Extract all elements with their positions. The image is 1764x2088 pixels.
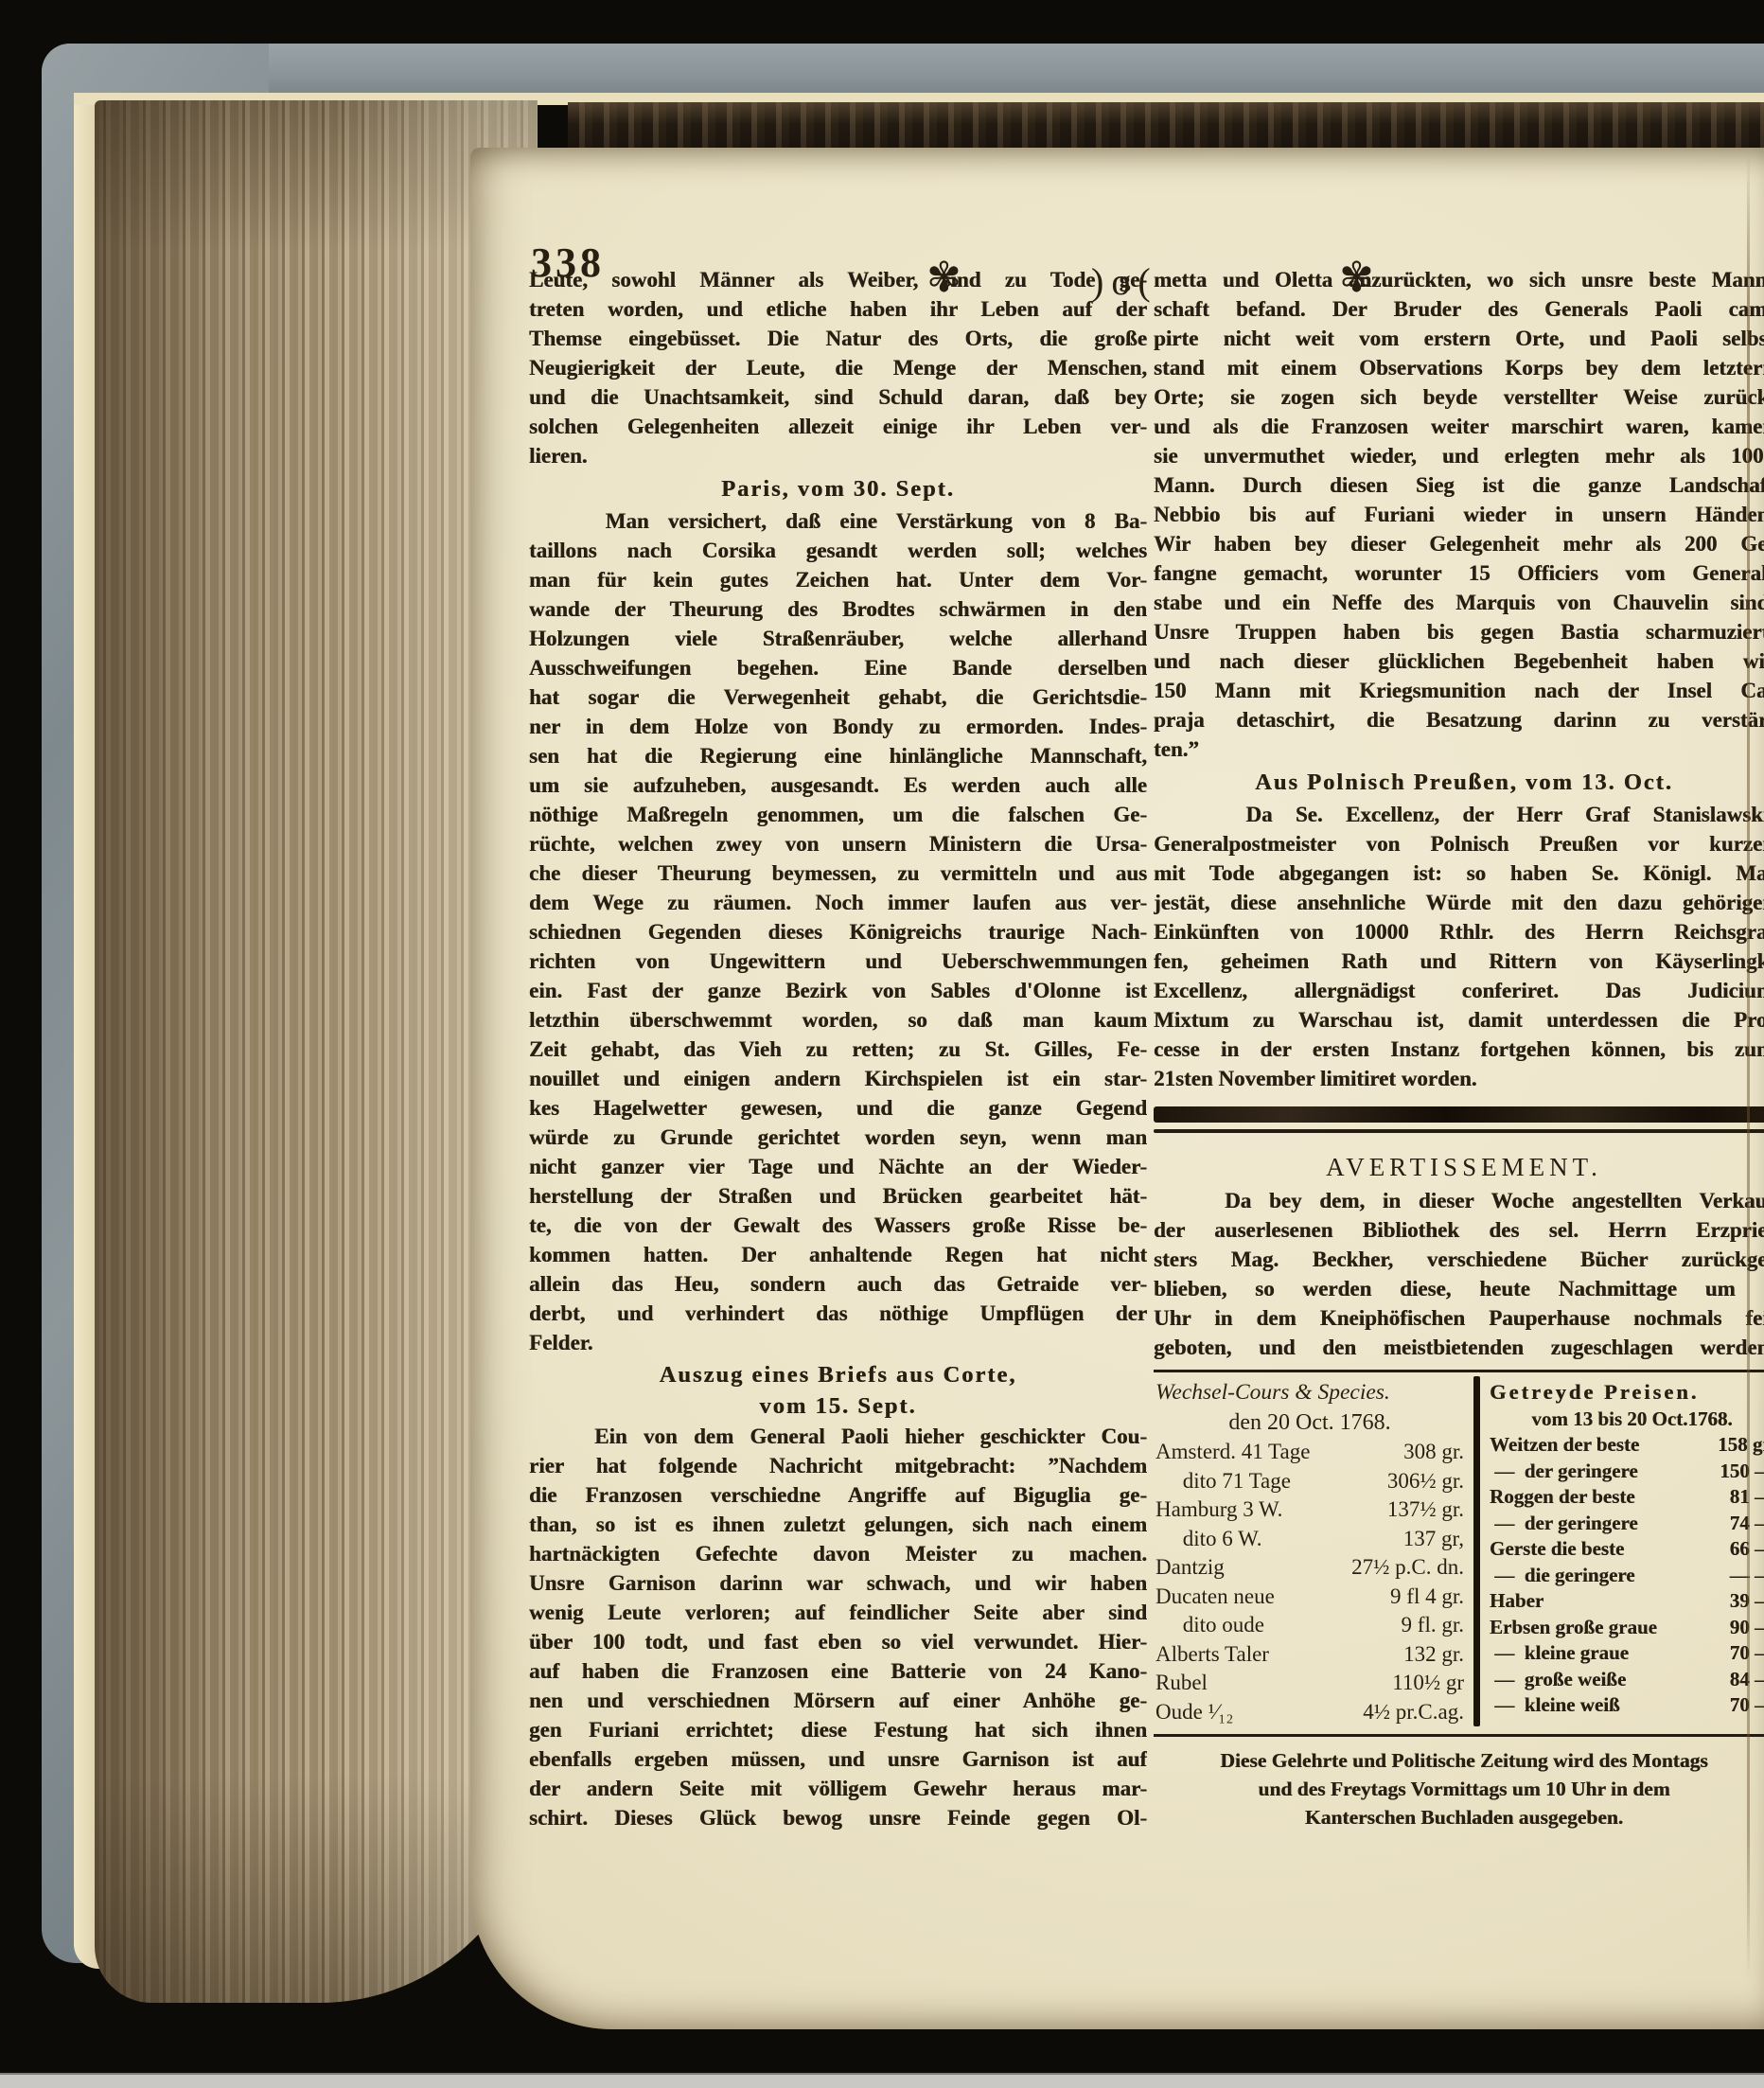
row-label: dito oude (1155, 1611, 1264, 1640)
row-value: 4½ pr.C.ag. (1357, 1698, 1464, 1727)
row-value: 74 — (1724, 1511, 1764, 1537)
text-line: rier hat folgende Nachricht mitgebracht:… (529, 1451, 1147, 1480)
text-line: um sie aufzuheben, ausgesandt. Es werden… (529, 770, 1147, 800)
text-line: stand mit einem Observations Korps bey d… (1154, 353, 1764, 382)
table-row: Roggen der beste81 — (1490, 1484, 1764, 1511)
table-row: — große weiße84 — (1490, 1667, 1764, 1693)
table-row: — kleine graue70 — (1490, 1640, 1764, 1667)
exchange-table-title: Wechsel-Cours & Species. (1155, 1378, 1464, 1407)
row-value: 70 — (1724, 1692, 1764, 1719)
text-line: man für kein gutes Zeichen hat. Unter de… (529, 565, 1147, 594)
text-line: Felder. (529, 1328, 1147, 1357)
table-row: Alberts Taler132 gr. (1155, 1640, 1464, 1670)
row-value: 90 — (1724, 1615, 1764, 1641)
text-line: stabe und ein Neffe des Marquis von Chau… (1154, 588, 1764, 617)
text-line: wenig Leute verloren; auf feindlicher Se… (529, 1598, 1147, 1627)
text-line: Ausschweifungen begehen. Eine Bande ders… (529, 653, 1147, 682)
text-line: ebenfalls ergeben müssen, und unsre Garn… (529, 1744, 1147, 1774)
row-label: dito 6 W. (1155, 1525, 1261, 1554)
text-line: schaft befand. Der Bruder des Generals P… (1154, 294, 1764, 324)
right-column: metta und Oletta anzurückten, wo sich un… (1154, 265, 1764, 1831)
table-column-divider (1473, 1376, 1480, 1726)
table-row: — kleine weiß70 — (1490, 1692, 1764, 1719)
section-heading-paris: Paris, vom 30. Sept. (529, 472, 1147, 506)
text-line: sters Mag. Beckher, verschiedene Bücher … (1154, 1245, 1764, 1274)
row-value: 9 fl. gr. (1396, 1611, 1464, 1640)
row-label: Weitzen der beste (1490, 1432, 1639, 1459)
section-heading-corte-line2: vom 15. Sept. (529, 1390, 1147, 1422)
text-line: than, so ist es ihnen zuletzt gelungen, … (529, 1510, 1147, 1539)
text-line: und nach dieser glücklichen Begebenheit … (1154, 646, 1764, 676)
row-value: 132 gr. (1398, 1640, 1464, 1670)
text-line: taillons nach Corsika gesandt werden sol… (529, 536, 1147, 565)
text-line: hat sogar die Verwegenheit gehabt, die G… (529, 682, 1147, 712)
text-line: Einkünften von 10000 Rthlr. des Herrn Re… (1154, 917, 1764, 947)
row-label: — große weiße (1490, 1667, 1626, 1693)
row-label: — die geringere (1490, 1563, 1635, 1589)
text-line: metta und Oletta anzurückten, wo sich un… (1154, 265, 1764, 294)
text-line: treten worden, und etliche haben ihr Leb… (529, 294, 1147, 324)
grain-table-title: Getreyde Preisen. (1490, 1378, 1764, 1407)
text-line: über 100 todt, und fast eben so viel ver… (529, 1627, 1147, 1656)
row-label: Ducaten neue (1155, 1583, 1275, 1612)
text-line: Uhr in dem Kneiphöfischen Pauperhause no… (1154, 1303, 1764, 1333)
table-row: Oude ¹⁄₁₂4½ pr.C.ag. (1155, 1698, 1464, 1727)
row-label: Amsterd. 41 Tage (1155, 1438, 1310, 1467)
text-line: rüchte, welchen zwey von unsern Minister… (529, 829, 1147, 858)
row-value: 81 — (1724, 1484, 1764, 1511)
table-row: Haber39 — (1490, 1588, 1764, 1615)
text-line: derbt, und verhindert das nöthige Umpflü… (529, 1299, 1147, 1328)
text-line: Holzungen viele Straßenräuber, welche al… (529, 624, 1147, 653)
text-line: 150 Mann mit Kriegsmunition nach der Ins… (1154, 676, 1764, 705)
grain-prices-column: Getreyde Preisen. vom 13 bis 20 Oct.1768… (1482, 1376, 1764, 1726)
text-line: lieren. (529, 441, 1147, 470)
row-label: Roggen der beste (1490, 1484, 1635, 1511)
text-line: cesse in der ersten Instanz fortgehen kö… (1154, 1035, 1764, 1064)
text-line: Mann. Durch diesen Sieg ist die ganze La… (1154, 470, 1764, 500)
exchange-table-date: den 20 Oct. 1768. (1155, 1407, 1464, 1438)
text-line: che dieser Theurung beymessen, zu vermit… (529, 858, 1147, 888)
row-value: 39 — (1724, 1588, 1764, 1615)
text-line: sen hat die Regierung eine hinlängliche … (529, 741, 1147, 770)
row-value: 66 — (1724, 1536, 1764, 1563)
text-line: herstellung der Straßen und Brücken gear… (529, 1181, 1147, 1211)
text-line: dem Wege zu räumen. Noch immer laufen au… (529, 888, 1147, 917)
table-row: Weitzen der beste158 gr. (1490, 1432, 1764, 1459)
text-line: nicht ganzer vier Tage und Nächte an der… (529, 1152, 1147, 1181)
table-row: Dantzig27½ p.C. dn. (1155, 1553, 1464, 1583)
left-column: Leute, sowohl Männer als Weiber, sind zu… (529, 265, 1147, 1834)
text-line: die Franzosen verschiedne Angriffe auf B… (529, 1480, 1147, 1510)
text-line: kommen hatten. Der anhaltende Regen hat … (529, 1240, 1147, 1269)
row-label: Hamburg 3 W. (1155, 1495, 1282, 1525)
text-line: Neugierigkeit der Leute, die Menge der M… (529, 353, 1147, 382)
text-line: Leute, sowohl Männer als Weiber, sind zu… (529, 265, 1147, 294)
row-value: 110½ gr (1386, 1669, 1464, 1698)
exchange-rates-column: Wechsel-Cours & Species. den 20 Oct. 176… (1154, 1376, 1472, 1726)
text-line: der andern Seite mit völligem Gewehr her… (529, 1774, 1147, 1803)
exchange-table-rows: Amsterd. 41 Tage308 gr. dito 71 Tage306½… (1155, 1438, 1464, 1726)
price-table: Wechsel-Cours & Species. den 20 Oct. 176… (1154, 1370, 1764, 1737)
text-line: schirt. Dieses Glück bewog unsre Feinde … (529, 1803, 1147, 1832)
table-row: Erbsen große graue90 — (1490, 1615, 1764, 1641)
row-value: 308 gr. (1398, 1438, 1464, 1467)
row-label: Alberts Taler (1155, 1640, 1269, 1670)
row-value: 158 gr. (1712, 1432, 1764, 1459)
text-line: Mixtum zu Warschau ist, damit unterdesse… (1154, 1005, 1764, 1035)
text-line: Generalpostmeister von Polnisch Preußen … (1154, 829, 1764, 858)
text-line: mit Tode abgegangen ist: so haben Se. Kö… (1154, 858, 1764, 888)
text-line: nöthige Maßregeln genommen, um die falsc… (529, 800, 1147, 829)
section-heading-polnisch-preussen: Aus Polnisch Preußen, vom 13. Oct. (1154, 766, 1764, 800)
paragraph-corte-continuation: metta und Oletta anzurückten, wo sich un… (1154, 265, 1764, 764)
text-line: Unsre Truppen haben bis gegen Bastia sch… (1154, 617, 1764, 646)
row-label: — der geringere (1490, 1511, 1638, 1537)
text-line: Orte; sie zogen sich beyde verstellter W… (1154, 382, 1764, 412)
table-row: Rubel110½ gr (1155, 1669, 1464, 1698)
table-row: — der geringere74 — (1490, 1511, 1764, 1537)
text-line: solchen Gelegenheiten allezeit einige ih… (529, 412, 1147, 441)
text-line: wande der Theurung des Brodtes schwärmen… (529, 594, 1147, 624)
scan-edge-strip (0, 2073, 1764, 2088)
text-line: kes Hagelwetter gewesen, und die ganze G… (529, 1093, 1147, 1123)
text-line: Wir haben bey dieser Gelegenheit mehr al… (1154, 529, 1764, 558)
paragraph-advertisement: Da bey dem, in dieser Woche angestellten… (1154, 1186, 1764, 1362)
row-value: 306½ gr. (1382, 1467, 1464, 1496)
text-line: schiednen Gegenden dieses Königreichs tr… (529, 917, 1147, 947)
table-row: — die geringere— — (1490, 1563, 1764, 1589)
heavy-divider-rule (1154, 1106, 1764, 1123)
row-label: Gerste die beste (1490, 1536, 1624, 1563)
text-line: Diese Gelehrte und Politische Zeitung wi… (1154, 1746, 1764, 1775)
text-line: Da Se. Excellenz, der Herr Graf Stanisla… (1154, 800, 1764, 829)
text-line: geboten, und den meistbietenden zugeschl… (1154, 1333, 1764, 1362)
table-row: Hamburg 3 W.137½ gr. (1155, 1495, 1464, 1525)
text-line: Nebbio bis auf Furiani wieder in unsern … (1154, 500, 1764, 529)
text-line: und die Unachtsamkeit, sind Schuld daran… (529, 382, 1147, 412)
text-line: allein das Heu, sondern auch das Getraid… (529, 1269, 1147, 1299)
advertisement-title: AVERTISSEMENT. (1154, 1148, 1764, 1186)
row-label: — kleine graue (1490, 1640, 1629, 1667)
text-line: und des Freytags Vormittags um 10 Uhr in… (1154, 1775, 1764, 1803)
text-line: Kanterschen Buchladen ausgegeben. (1154, 1803, 1764, 1831)
table-row: dito oude9 fl. gr. (1155, 1611, 1464, 1640)
text-line: und als die Franzosen weiter marschirt w… (1154, 412, 1764, 441)
paragraph-corte-letter: Ein von dem General Paoli hieher geschic… (529, 1422, 1147, 1832)
row-value: 137 gr, (1398, 1525, 1464, 1554)
row-value: 9 fl 4 gr. (1385, 1583, 1464, 1612)
row-value: — — (1724, 1563, 1764, 1589)
paragraph-polnisch-preussen: Da Se. Excellenz, der Herr Graf Stanisla… (1154, 800, 1764, 1093)
row-label: — kleine weiß (1490, 1692, 1620, 1719)
text-line: praja detaschirt, die Besatzung darinn z… (1154, 705, 1764, 734)
paragraph-paris: Man versichert, daß eine Verstärkung von… (529, 506, 1147, 1357)
text-line: gen Furiani errichtet; diese Festung hat… (529, 1715, 1147, 1744)
text-line: der auserlesenen Bibliothek des sel. Her… (1154, 1215, 1764, 1245)
book-page: 338 ✾ )o( ✾ Leute, sowohl Männer als Wei… (470, 148, 1764, 2029)
table-row: dito 6 W.137 gr, (1155, 1525, 1464, 1554)
row-value: 70 — (1724, 1640, 1764, 1667)
row-value: 150 — (1714, 1459, 1764, 1485)
text-line: Man versichert, daß eine Verstärkung von… (529, 506, 1147, 536)
table-row: Amsterd. 41 Tage308 gr. (1155, 1438, 1464, 1467)
row-label: dito 71 Tage (1155, 1467, 1291, 1496)
text-line: nen und verschiednen Mörsern auf einer A… (529, 1686, 1147, 1715)
text-line: sie unvermuthet wieder, und erlegten meh… (1154, 441, 1764, 470)
grain-table-rows: Weitzen der beste158 gr. — der geringere… (1490, 1432, 1764, 1719)
row-label: Oude ¹⁄₁₂ (1155, 1698, 1233, 1727)
text-line: Ein von dem General Paoli hieher geschic… (529, 1422, 1147, 1451)
text-line: 21sten November limitiret worden. (1154, 1064, 1764, 1093)
text-line: ein. Fast der ganze Bezirk von Sables d'… (529, 976, 1147, 1005)
grain-table-date: vom 13 bis 20 Oct.1768. (1490, 1407, 1764, 1432)
text-line: te, die von der Gewalt des Wassers große… (529, 1211, 1147, 1240)
paragraph-london-continuation: Leute, sowohl Männer als Weiber, sind zu… (529, 265, 1147, 470)
text-line: hartnäckigten Gefechte davon Meister zu … (529, 1539, 1147, 1568)
text-line: Zeit gehabt, das Vieh zu retten; zu St. … (529, 1035, 1147, 1064)
text-line: nouillet und einigen andern Kirchspielen… (529, 1064, 1147, 1093)
text-line: blieben, so werden diese, heute Nachmitt… (1154, 1274, 1764, 1303)
text-line: würde zu Grunde gerichtet worden seyn, w… (529, 1123, 1147, 1152)
text-line: Da bey dem, in dieser Woche angestellten… (1154, 1186, 1764, 1215)
text-line: fen, geheimen Rath und Rittern von Käyse… (1154, 947, 1764, 976)
thin-divider-rule (1154, 1129, 1764, 1133)
section-heading-corte-line1: Auszug eines Briefs aus Corte, (529, 1359, 1147, 1390)
text-line: Excellenz, allergnädigst conferiret. Das… (1154, 976, 1764, 1005)
text-line: Themse eingebüsset. Die Natur des Orts, … (529, 324, 1147, 353)
imprint-note: Diese Gelehrte und Politische Zeitung wi… (1154, 1746, 1764, 1831)
table-row: dito 71 Tage306½ gr. (1155, 1467, 1464, 1496)
text-line: ten.” (1154, 734, 1764, 764)
row-label: Rubel (1155, 1669, 1208, 1698)
row-label: Haber (1490, 1588, 1543, 1615)
row-label: — der geringere (1490, 1459, 1638, 1485)
text-line: Unsre Garnison darinn war schwach, und w… (529, 1568, 1147, 1598)
text-line: jestät, diese ansehnliche Würde mit den … (1154, 888, 1764, 917)
row-value: 137½ gr. (1382, 1495, 1464, 1525)
text-line: richten von Ungewittern und Ueberschwemm… (529, 947, 1147, 976)
text-line: auf haben die Franzosen eine Batterie vo… (529, 1656, 1147, 1686)
table-row: Ducaten neue9 fl 4 gr. (1155, 1583, 1464, 1612)
text-line: pirte nicht weit vom erstern Orte, und P… (1154, 324, 1764, 353)
text-line: ner in dem Holze von Bondy zu ermorden. … (529, 712, 1147, 741)
row-value: 84 — (1724, 1667, 1764, 1693)
row-value: 27½ p.C. dn. (1346, 1553, 1464, 1583)
scanned-book-photo: { "colors":{"background":"#0d0b08","cove… (0, 0, 1764, 2088)
table-row: Gerste die beste66 — (1490, 1536, 1764, 1563)
text-line: letzthin überschwemmt worden, so daß man… (529, 1005, 1147, 1035)
table-row: — der geringere150 — (1490, 1459, 1764, 1485)
row-label: Dantzig (1155, 1553, 1225, 1583)
row-label: Erbsen große graue (1490, 1615, 1657, 1641)
text-line: fangne gemacht, worunter 15 Officiers vo… (1154, 558, 1764, 588)
